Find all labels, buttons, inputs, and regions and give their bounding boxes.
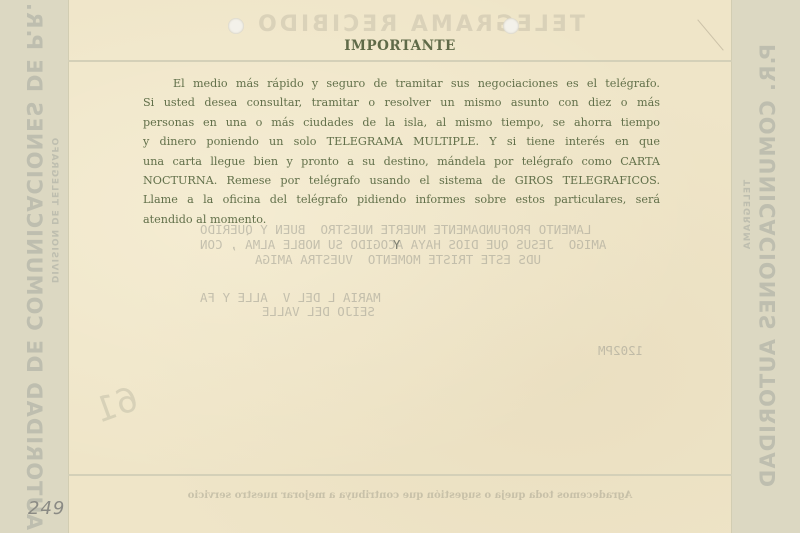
bleed-message-line-2: AMIGO JESUS QUE DIOS HAYA ACOGIDO SU NOB… [200, 237, 606, 252]
paragraph-line: personas en una o más ciudades de la isl… [143, 113, 660, 132]
top-divider [68, 60, 732, 62]
punch-hole-left [228, 18, 244, 34]
bleed-signature-line-1: MARIA L DEL V ALLE Y FA [200, 290, 381, 305]
left-side-band: AUTORIDAD DE COMUNICACIONES DE P.R. DIVI… [0, 0, 69, 533]
bleed-message-line-3: UDS ESTE TRISTE MOMENTO VUESTRA AMIGA [255, 252, 541, 267]
telegram-card-back: AUTORIDAD DE COMUNICACIONES DE P.R. DIVI… [0, 0, 800, 533]
bottom-divider [68, 474, 732, 476]
paragraph-line: Si usted desea consultar, tramitar o res… [143, 93, 660, 112]
punch-hole-right [503, 18, 519, 34]
bleed-signature-line-2: SEIJO DEL VALLE [262, 304, 375, 319]
document-heading: IMPORTANTE [0, 38, 800, 54]
left-band-bleed-subtext: DIVISION DE TELEGRAFO [49, 137, 59, 283]
paragraph-line: y dinero poniendo un solo TELEGRAMA MULT… [143, 132, 660, 151]
faint-handwriting: 61 [89, 379, 143, 431]
paragraph-line: una carta llegue bien y pronto a su dest… [143, 152, 660, 171]
left-band-bleed-text: AUTORIDAD DE COMUNICACIONES DE P.R. [22, 2, 46, 530]
bleed-time: 1202PM [598, 343, 643, 358]
bleed-through-title: TELEGRAMA RECIBIDO [255, 12, 585, 37]
paragraph-line: Llame a la oficina del telégrafo pidiend… [143, 190, 660, 209]
notice-paragraph: El medio más rápido y seguro de tramitar… [143, 74, 660, 229]
paragraph-line: atendido al momento. [143, 210, 660, 229]
paragraph-line: El medio más rápido y seguro de tramitar… [143, 74, 660, 93]
paragraph-line: NOCTURNA. Remese por telégrafo usando el… [143, 171, 660, 190]
handwritten-page-number: 249 [28, 498, 65, 519]
right-band-bleed-subtext: TELEGRAMA [743, 180, 753, 250]
stamped-letter: Y [393, 238, 400, 252]
bleed-footer-text: Agradecemos toda queja o sugestión que c… [150, 490, 670, 501]
right-band-bleed-text: P.R. COMUNICACIONES AUTORIDAD [756, 44, 780, 488]
right-side-band: P.R. COMUNICACIONES AUTORIDAD TELEGRAMA [731, 0, 800, 533]
